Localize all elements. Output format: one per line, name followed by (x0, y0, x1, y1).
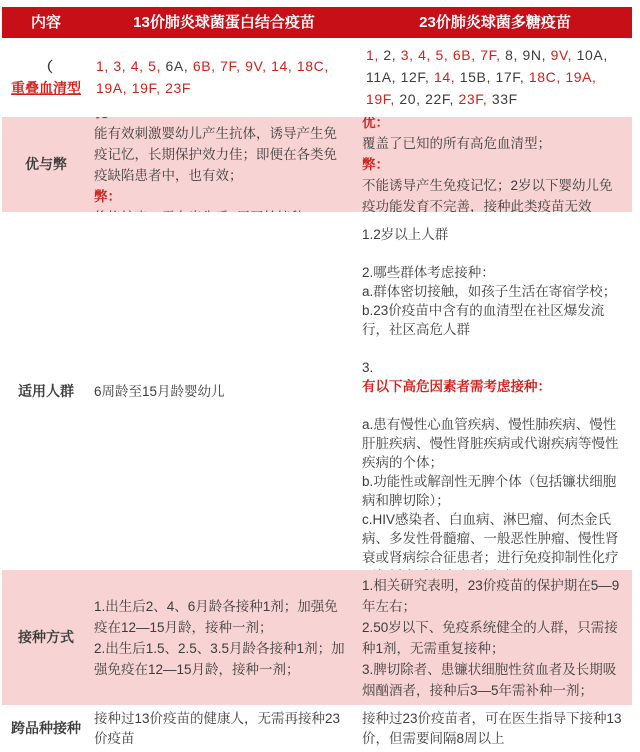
text-run: 接种过23价疫苗者，可在医生指导下接种13价，但需要间隔8周以上 (362, 709, 624, 749)
serotype-5: 5, (148, 58, 165, 74)
serotype-6B: 6B, (453, 47, 480, 63)
text-run: 重叠血清型 (11, 78, 81, 99)
cross-row-label: 跨品种接种 (2, 705, 90, 752)
text-run: 覆盖了已知的所有高危血清型； (362, 133, 624, 154)
text-run: 能有效刺激婴幼儿产生抗体，诱导产生免疫记忆，长期保护效力佳；即便在各类免疫缺陷患… (94, 123, 350, 186)
ppv23-cross-vaccination: 接种过23价疫苗者，可在医生指导下接种13价，但需要间隔8周以上 (358, 705, 632, 752)
serotype-17F: 17F, (495, 69, 528, 85)
serotype-22F: 22F, (425, 91, 458, 107)
serotype-9V: 9V, (551, 47, 577, 63)
serotype-14: 14, (271, 58, 297, 74)
text-run: 不能诱导产生免疫记忆；2岁以下婴幼儿免疫功能发育不完善，接种此类疫苗无效 (362, 175, 624, 212)
text-run: 优与弊 (25, 154, 67, 175)
pcv13-population: 6周龄至15月龄婴幼儿 (90, 212, 358, 570)
serotype-23F: 23F (165, 80, 191, 96)
text-run: a.患有慢性心血管疾病、慢性肺疾病、慢性肝脏疾病、慢性肾脏疾病或代谢疾病等慢性疾… (362, 396, 624, 570)
serotype-19F: 19F, (366, 91, 399, 107)
header-content: 内容 (2, 7, 90, 38)
serotype-1: 1, (366, 47, 383, 63)
pros-cons-row-label: 优与弊 (2, 117, 90, 212)
serotype-7F: 7F, (220, 58, 245, 74)
text-run: 1.相关研究表明，23价疫苗的保护期在5—9年左右； 2.50岁以下、免疫系统健… (362, 575, 624, 701)
serotype-18C: 18C, (297, 58, 329, 74)
serotype-row-label: 预防血清型 （重叠血清型 见红色标注） (2, 38, 90, 117)
text-run: 弊： (94, 186, 350, 207)
serotype-12F: 12F, (401, 69, 434, 85)
serotype-20: 20, (399, 91, 425, 107)
text-run: （ (39, 38, 53, 78)
serotype-3: 3, (113, 58, 130, 74)
serotype-18C: 18C, (529, 69, 565, 85)
serotype-9N: 9N, (523, 47, 551, 63)
serotype-9V: 9V, (245, 58, 271, 74)
row-pros-cons: 优与弊 优：能有效刺激婴幼儿产生抗体，诱导产生免疫记忆，长期保护效力佳；即便在各… (2, 117, 632, 212)
serotype-2: 2, (383, 47, 400, 63)
top-margin (0, 0, 640, 7)
serotype-6B: 6B, (193, 58, 220, 74)
serotype-19F: 19F, (132, 80, 165, 96)
text-run: 1.2岁以上人群 2.哪些群体考虑接种： a.群体密切接触，如孩子生活在寄宿学校… (362, 225, 624, 377)
ppv23-population: 1.2岁以上人群 2.哪些群体考虑接种： a.群体密切接触，如孩子生活在寄宿学校… (358, 212, 632, 570)
table-header-row: 内容 13价肺炎球菌蛋白结合疫苗 23价肺炎球菌多糖疫苗 (2, 7, 632, 38)
population-row-label: 适用人群 (2, 212, 90, 570)
serotype-19A: 19A, (96, 80, 132, 96)
ppv23-schedule: 1.相关研究表明，23价疫苗的保护期在5—9年左右； 2.50岁以下、免疫系统健… (358, 570, 632, 705)
serotype-11A: 11A, (366, 69, 401, 85)
text-run: 接种过13价疫苗的健康人，无需再接种23价疫苗 (94, 709, 350, 749)
row-applicable-population: 适用人群 6周龄至15月龄婴幼儿 1.2岁以上人群 2.哪些群体考虑接种： a.… (2, 212, 632, 570)
serotype-3: 3, (401, 47, 418, 63)
serotype-4: 4, (418, 47, 435, 63)
text-run: 适用人群 (18, 381, 74, 402)
serotype-10A: 10A, (577, 47, 608, 63)
serotype-1: 1, (96, 58, 113, 74)
pcv13-pros-cons: 优：能有效刺激婴幼儿产生抗体，诱导产生免疫记忆，长期保护效力佳；即便在各类免疫缺… (90, 117, 358, 212)
row-cross-vaccination: 跨品种接种 接种过13价疫苗的健康人，无需再接种23价疫苗 接种过23价疫苗者，… (2, 705, 632, 752)
text-run: 接种方式 (18, 627, 74, 648)
vaccine-comparison-table: 内容 13价肺炎球菌蛋白结合疫苗 23价肺炎球菌多糖疫苗 预防血清型 （重叠血清… (0, 0, 640, 752)
text-run: 有以下高危因素者需考虑接种： (362, 377, 624, 396)
pcv13-schedule: 1.出生后2、4、6月龄各接种1剂；加强免疫在12—15月龄，接种一剂； 2.出… (90, 570, 358, 705)
row-serotypes: 预防血清型 （重叠血清型 见红色标注） 1, 3, 4, 5, 6A, 6B, … (2, 38, 632, 117)
ppv23-pros-cons: 优：覆盖了已知的所有高危血清型； 弊：不能诱导产生免疫记忆；2岁以下婴幼儿免疫功… (358, 117, 632, 212)
pcv13-cross-vaccination: 接种过13价疫苗的健康人，无需再接种23价疫苗 (90, 705, 358, 752)
serotype-33F: 33F (492, 91, 518, 107)
serotype-7F: 7F, (480, 47, 505, 63)
serotype-5: 5, (436, 47, 453, 63)
text-run: 跨品种接种 (11, 718, 81, 739)
schedule-row-label: 接种方式 (2, 570, 90, 705)
serotype-23F: 23F, (458, 91, 491, 107)
header-ppv23-vaccine: 23价肺炎球菌多糖疫苗 (358, 7, 632, 38)
serotype-15B: 15B, (460, 69, 496, 85)
serotype-8: 8, (505, 47, 522, 63)
text-run: 1.出生后2、4、6月龄各接种1剂；加强免疫在12—15月龄，接种一剂； 2.出… (94, 596, 350, 680)
text-run: 6周龄至15月龄婴幼儿 (94, 381, 350, 402)
serotype-6A: 6A, (166, 58, 193, 74)
text-run: 优： (362, 117, 624, 133)
serotype-19A: 19A, (565, 69, 596, 85)
serotype-4: 4, (131, 58, 148, 74)
pcv13-serotype-list: 1, 3, 4, 5, 6A, 6B, 7F, 9V, 14, 18C, 19A… (90, 38, 358, 117)
row-vaccination-schedule: 接种方式 1.出生后2、4、6月龄各接种1剂；加强免疫在12—15月龄，接种一剂… (2, 570, 632, 705)
header-pcv13-vaccine: 13价肺炎球菌蛋白结合疫苗 (90, 7, 358, 38)
ppv23-serotype-list: 1, 2, 3, 4, 5, 6B, 7F, 8, 9N, 9V, 10A, 1… (358, 38, 632, 117)
serotype-14: 14, (434, 69, 460, 85)
text-run: 见红色标注） (4, 99, 88, 118)
text-run: 弊： (362, 154, 624, 175)
